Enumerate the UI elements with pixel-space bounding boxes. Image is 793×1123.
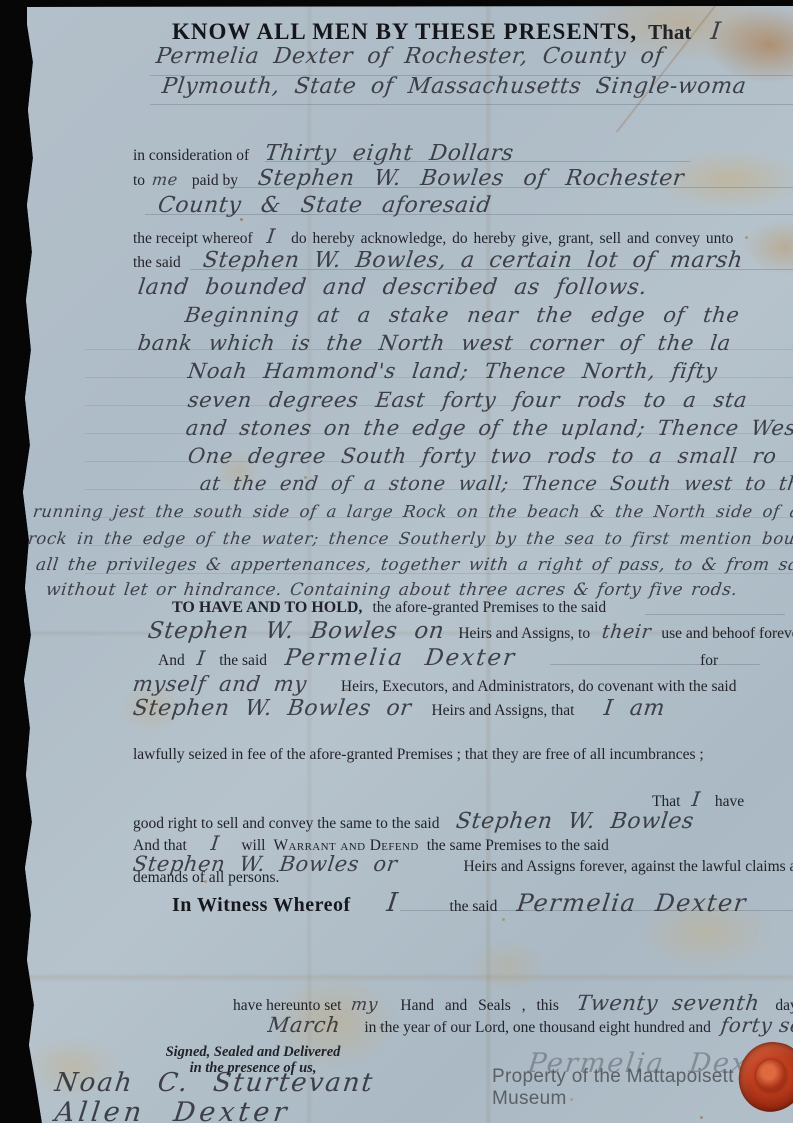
- paid-by-me: me: [151, 170, 179, 189]
- grantee-row-2: land bounded and described as follows.: [138, 275, 647, 300]
- to-have-and-hold: TO HAVE AND TO HOLD,: [172, 599, 362, 616]
- description-intro: land bounded and described as follows.: [136, 275, 648, 300]
- receipt-row: the receipt whereof I do hereby acknowle…: [133, 224, 733, 248]
- hand-initial: I: [710, 17, 724, 45]
- date-year: forty seve: [719, 1013, 793, 1037]
- paid-by-to: to: [133, 172, 145, 189]
- description-line: and stones on the edge of the upland; Th…: [186, 416, 793, 440]
- that-i-have-row: That I have: [652, 787, 744, 811]
- description-line: seven degrees East forty four rods to a …: [188, 388, 747, 412]
- paid-by-row: to me paid by Stephen W. Bowles of Roche…: [133, 166, 684, 191]
- description-line: rock in the edge of the water; thence So…: [28, 529, 793, 549]
- grantor-line-2: Plymouth, State of Massachusetts Single-…: [162, 74, 746, 99]
- wax-seal-center: [754, 1058, 788, 1094]
- description-line: bank which is the North west corner of t…: [138, 331, 731, 355]
- demands-row: demands of all persons.: [133, 869, 279, 887]
- header-that: That: [648, 20, 691, 44]
- year-row: March in the year of our Lord, one thous…: [268, 1013, 793, 1037]
- habendum-row: TO HAVE AND TO HOLD, the afore-granted P…: [172, 599, 606, 617]
- foxing-specks: [240, 218, 243, 221]
- covenant-row-2: Stephen W. Bowles or Heirs and Assigns, …: [133, 696, 665, 721]
- description-line: without let or hindrance. Containing abo…: [46, 580, 738, 600]
- description-line: at the end of a stone wall; Thence South…: [200, 472, 793, 495]
- grantee-row: the said Stephen W. Bowles, a certain lo…: [133, 248, 743, 273]
- date-row: have hereunto set my Hand and Seals , th…: [233, 991, 793, 1015]
- seizin-row: lawfully seized in fee of the afore-gran…: [133, 746, 704, 764]
- covenant-row: myself and my Heirs, Executors, and Admi…: [133, 672, 737, 696]
- habendum-grantor-row: And I the said Permelia Dexter for: [158, 645, 718, 671]
- description-line: running jest the south side of a large R…: [33, 502, 793, 522]
- scanned-deed-page: KNOW ALL MEN BY THESE PRESENTS, That I P…: [0, 0, 793, 1123]
- date-month: March: [267, 1013, 342, 1037]
- county-state-text: County & State aforesaid: [156, 193, 492, 218]
- receipt-initial: I: [265, 224, 276, 248]
- description-line: Beginning at a stake near the edge of th…: [185, 303, 740, 327]
- date-day: Twenty seventh: [575, 991, 761, 1015]
- paper-sheet: KNOW ALL MEN BY THESE PRESENTS, That I P…: [0, 0, 793, 1123]
- form-rule: [150, 104, 793, 105]
- grantor-name: Permelia Dexter: [283, 645, 517, 671]
- consideration-label: in consideration of: [133, 147, 249, 164]
- consideration-amount: Thirty eight Dollars: [264, 141, 516, 166]
- grantee-name: Stephen W. Bowles on: [146, 618, 446, 644]
- description-line: all the privileges & appertenances, toge…: [36, 555, 793, 575]
- grantee-name: Stephen W. Bowles or: [131, 696, 413, 721]
- description-line: One degree South forty two rods to a sma…: [188, 444, 777, 468]
- payer-name: Stephen W. Bowles of Rochester: [256, 166, 685, 191]
- grantor-state-text: Plymouth, State of Massachusetts Single-…: [160, 74, 747, 99]
- consideration-row: in consideration of Thirty eight Dollars: [133, 141, 514, 166]
- witness-signature-2: Allen Dexter: [55, 1097, 290, 1123]
- county-state-row: County & State aforesaid: [158, 193, 491, 218]
- receipt-label: the receipt whereof: [133, 230, 253, 247]
- witness-row: In Witness Whereof I the said Permelia D…: [172, 888, 747, 918]
- the-said-label: the said: [133, 254, 181, 271]
- in-witness-whereof: In Witness Whereof: [172, 894, 351, 916]
- paid-by-label: paid by: [192, 172, 238, 189]
- document-title: KNOW ALL MEN BY THESE PRESENTS,: [172, 19, 637, 44]
- receipt-text: do hereby acknowledge, do hereby give, g…: [291, 230, 733, 247]
- habendum-grantee-row: Stephen W. Bowles on Heirs and Assigns, …: [148, 618, 793, 644]
- description-line: Noah Hammond's land; Thence North, fifty: [188, 359, 717, 383]
- grantor-name-text: Permelia Dexter of Rochester, County of: [154, 44, 664, 69]
- witness-signature-1: Noah C. Sturtevant: [55, 1068, 374, 1098]
- form-rule: [645, 614, 785, 615]
- grantor-name: Permelia Dexter: [516, 889, 749, 917]
- grantor-line: Permelia Dexter of Rochester, County of: [156, 44, 663, 69]
- grantee-name: Stephen W. Bowles, a certain lot of mars…: [201, 248, 744, 273]
- document-header: KNOW ALL MEN BY THESE PRESENTS, That I: [172, 17, 721, 45]
